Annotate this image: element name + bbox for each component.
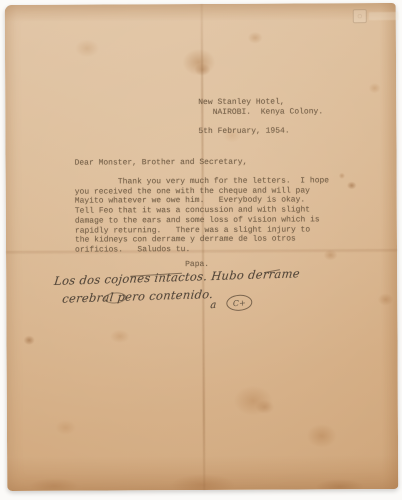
circled-initials: C+	[226, 294, 253, 312]
handwritten-line-1: Los dos cojones intactos. Hubo derrame	[53, 266, 300, 288]
letter-paper: New Stanley Hotel, NAIROBI. Kenya Colony…	[5, 3, 399, 491]
handwritten-line-2: cerebral pero contenido.	[62, 287, 215, 306]
letter-salutation: Dear Monster, Brother and Secretary,	[75, 158, 248, 169]
watermark	[353, 9, 399, 23]
watermark-text-smudge	[369, 12, 399, 20]
handwritten-mark: a	[210, 300, 217, 312]
photo-background: New Stanley Hotel, NAIROBI. Kenya Colony…	[0, 0, 402, 500]
letter-header-address: New Stanley Hotel, NAIROBI. Kenya Colony…	[198, 97, 323, 136]
letter-body: Thank you very much for the letters. I h…	[75, 176, 330, 255]
watermark-logo-icon	[353, 9, 367, 23]
